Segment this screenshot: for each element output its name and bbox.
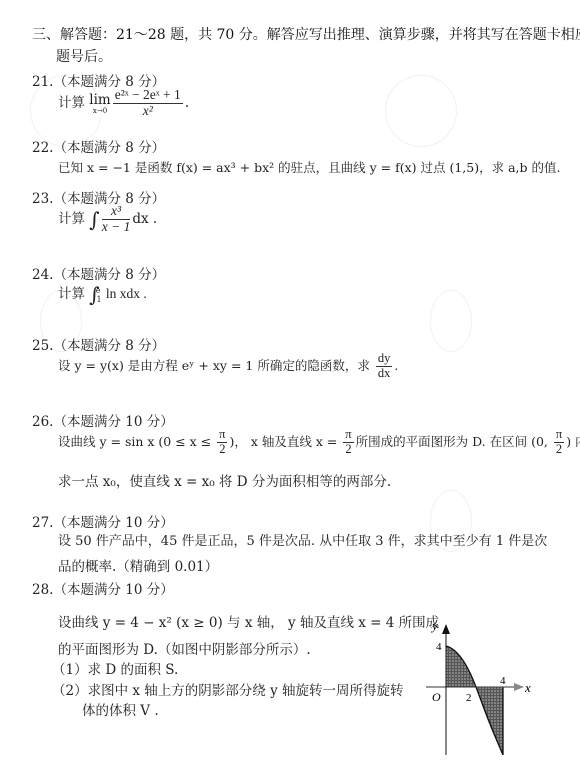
fraction: x³x − 1 [102,204,131,235]
question-text: 计算 [58,211,85,227]
limit-operator: limx→0 [89,92,110,114]
question-24-header: 24.（本题满分 8 分） [32,263,165,283]
x-tick-2: 2 [466,692,472,704]
question-22-body: 已知 x = −1 是函数 f(x) = ax³ + bx² 的驻点，且曲线 y… [58,158,560,176]
question-text: ) 内 [566,434,580,449]
question-28-part2-line1: （2）求图中 x 轴上方的阴影部分绕 y 轴旋转一周所得旋转 [52,679,404,699]
x-tick-4: 4 [500,675,506,687]
integral-sign: ∫ [89,207,99,231]
question-28-part1: （1）求 D 的面积 S. [52,658,178,678]
question-text: 设 y = y(x) 是由方程 eʸ + xy = 1 所确定的隐函数，求 [58,358,370,373]
lower-limit: 1 [96,295,101,304]
question-28-body-line1: 设曲线 y = 4 − x² (x ≥ 0) 与 x 轴， y 轴及直线 x =… [58,611,439,631]
question-number: 28. [32,582,53,598]
y-axis-label: y [430,618,438,633]
punct: . [185,95,189,111]
fraction-pi-over-2: π2 [554,428,564,457]
question-text: 计算 [58,286,85,302]
question-number: 26. [32,414,53,430]
question-text: 所围成的平面图形为 D. 在区间 (0, [356,434,548,449]
numerator: e²ˣ − 2eˣ + 1 [113,88,183,104]
numerator: π [554,428,564,443]
x-axis-arrow-icon [514,683,524,691]
question-23-body: 计算 ∫x³x − 1dx . [58,204,157,235]
x-axis-label: x [524,680,531,695]
fraction-pi-over-2: π2 [217,428,227,457]
fraction: e²ˣ − 2eˣ + 1x² [113,88,183,119]
section-heading-line2: 题号后。 [56,46,112,66]
denominator: 2 [217,443,227,457]
numerator: π [343,428,353,443]
question-text: )， x 轴及直线 x = [229,434,337,449]
question-28-part2-line2: 体的体积 V . [82,699,159,719]
section-heading-line1: 三、解答题：21～28 题，共 70 分。解答应写出推理、演算步骤，并将其写在答… [32,24,580,44]
numerator: dy [376,352,393,367]
question-28-header: 28.（本题满分 10 分） [32,578,174,598]
denominator: x² [113,104,183,119]
punct: . [394,358,398,373]
y-tick-4: 4 [436,641,442,653]
question-number: 23. [32,191,53,207]
question-28-body-line2: 的平面图形为 D.（如图中阴影部分所示）. [58,638,311,658]
question-25-body: 设 y = y(x) 是由方程 eʸ + xy = 1 所确定的隐函数，求 dy… [58,352,398,381]
question-points: （本题满分 8 分） [53,267,165,283]
question-number: 21. [32,74,53,90]
denominator: 2 [343,443,353,457]
question-text: 计算 [58,95,85,111]
denominator: dx [376,367,393,381]
question-24-body: 计算 ∫e1 ln xdx . [58,282,147,307]
question-number: 25. [32,338,53,354]
limit-subscript: x→0 [89,108,110,114]
question-21-body: 计算 limx→0e²ˣ − 2eˣ + 1x². [58,88,189,119]
question-26-body-line1: 设曲线 y = sin x (0 ≤ x ≤ π2)， x 轴及直线 x = π… [58,428,580,457]
y-axis-arrow-icon [442,624,450,634]
question-number: 24. [32,267,53,283]
origin-label: O [432,690,441,704]
denominator: x − 1 [102,220,131,235]
question-points: （本题满分 10 分） [53,515,173,531]
region-d-figure: y x O 4 2 4 [410,600,580,776]
fraction-pi-over-2: π2 [343,428,353,457]
watermark-stamp [385,75,457,147]
question-22-header: 22.（本题满分 8 分） [32,136,165,156]
question-27-header: 27.（本题满分 10 分） [32,511,174,531]
question-26-body-line2: 求一点 x₀，使直线 x = x₀ 将 D 分为面积相等的两部分. [58,470,391,490]
watermark-stamp [430,290,472,352]
numerator: x³ [102,204,131,220]
denominator: 2 [554,443,564,457]
question-points: （本题满分 8 分） [53,140,165,156]
upper-limit: e [96,286,101,295]
question-25-header: 25.（本题满分 8 分） [32,334,165,354]
question-text: dx . [132,211,157,227]
question-26-header: 26.（本题满分 10 分） [32,410,174,430]
question-27-body-line2: 品的概率.（精确到 0.01） [58,555,218,575]
fraction: dydx [376,352,393,381]
question-number: 22. [32,140,53,156]
shaded-region-above [446,646,476,687]
question-number: 27. [32,515,53,531]
question-text: 设曲线 y = sin x (0 ≤ x ≤ [58,434,211,449]
question-27-body-line1: 设 50 件产品中，45 件是正品，5 件是次品. 从中任取 3 件，求其中至少… [58,530,547,549]
integrand: ln xdx . [106,286,147,301]
numerator: π [217,428,227,443]
question-points: （本题满分 10 分） [53,582,173,598]
